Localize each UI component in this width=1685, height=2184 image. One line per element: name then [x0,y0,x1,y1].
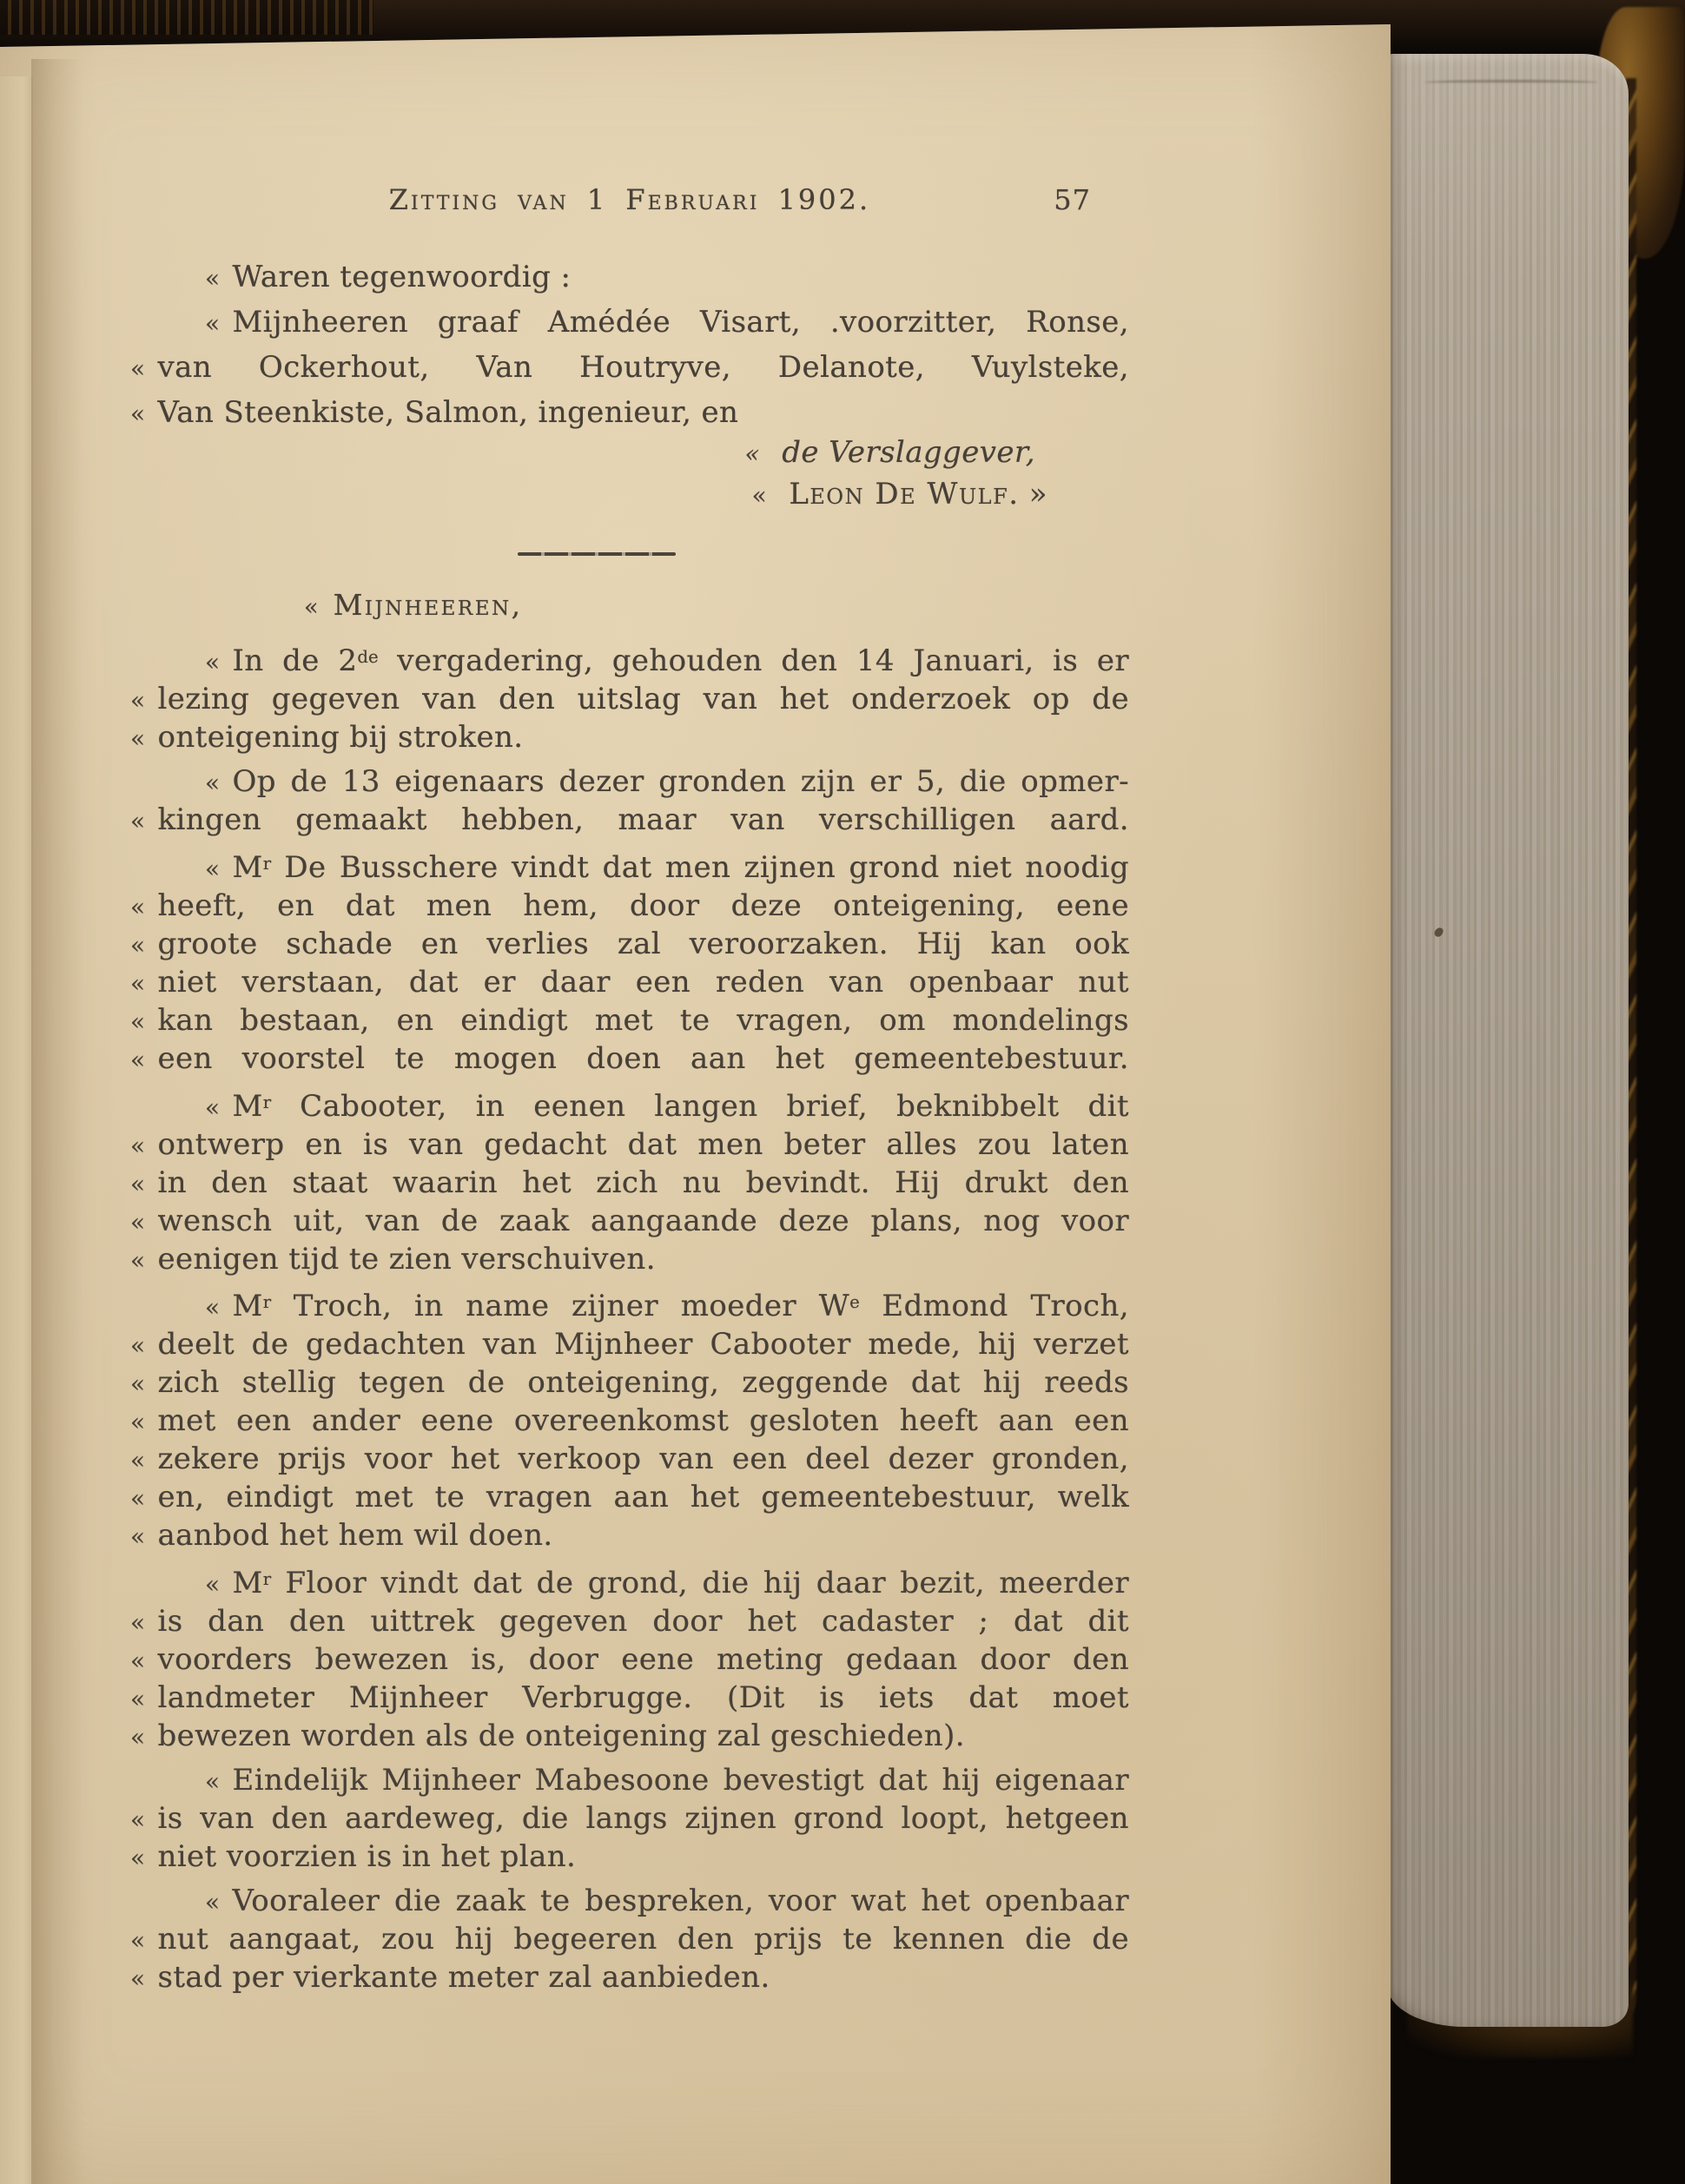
minutes-body-text: «In de 2de vergadering, gehouden den 14 … [130,639,1129,1997]
line-text: nut aangaat, zou hij begeeren den prijs … [157,1922,1129,1956]
line-text: Waren tegenwoordig : [232,260,571,294]
line-text: Mr Troch, in name zijner moeder We Edmon… [232,1289,1129,1323]
quote-mark: « [205,309,220,338]
text-line: «een voorstel te mogen doen aan het geme… [130,1040,1129,1079]
text-line: «niet voorzien is in het plan. [130,1838,1129,1877]
line-text: Vooraleer die zaak te bespreken, voor wa… [232,1884,1129,1918]
line-text: niet voorzien is in het plan. [157,1839,576,1874]
quote-mark: « [130,1408,145,1436]
line-text: deelt de gedachten van Mijnheer Cabooter… [157,1327,1129,1362]
line-text: Mr Floor vindt dat de grond, die hij daa… [232,1566,1129,1600]
quote-mark: « [130,807,145,835]
page-number: 57 [1054,182,1091,217]
quote-mark: « [130,1723,145,1752]
text-line: «ontwerp en is van gedacht dat men beter… [130,1126,1129,1165]
quote-mark: « [205,1293,220,1322]
text-line: «Vooraleer die zaak te bespreken, voor w… [130,1883,1129,1921]
quote-mark: « [130,354,145,383]
line-text: ontwerp en is van gedacht dat men beter … [157,1127,1129,1162]
line-text: landmeter Mijnheer Verbrugge. (Dit is ie… [157,1680,1129,1715]
line-text: zich stellig tegen de onteigening, zegge… [157,1365,1129,1400]
line-text: met een ander eene overeenkomst gesloten… [157,1403,1129,1438]
line-text: kingen gemaakt hebben, maar van verschil… [157,802,1129,837]
text-line: «niet verstaan, dat er daar een reden va… [130,964,1129,1002]
quote-mark: « [130,1926,145,1955]
text-line: «landmeter Mijnheer Verbrugge. (Dit is i… [130,1679,1129,1718]
fore-edge-top-groove [1424,80,1598,85]
text-line: «kingen gemaakt hebben, maar van verschi… [130,802,1129,840]
quote-mark: « [130,1046,145,1074]
line-text: groote schade en verlies zal veroorzaken… [157,927,1129,961]
quote-mark: « [130,1805,145,1834]
line-text: stad per vierkante meter zal aanbieden. [157,1960,770,1995]
paragraph: «Op de 13 eigenaars dezer gronden zijn e… [130,763,1129,840]
header-title: Zitting van 1 Februari 1902. [389,183,870,216]
line-text: Op de 13 eigenaars dezer gronden zijn er… [232,764,1129,799]
quote-mark: « [205,1888,220,1917]
text-line: «eenigen tijd te zien verschuiven. [130,1241,1129,1279]
attendance-block: «Waren tegenwoordig :«Mijnheeren graaf A… [130,255,1129,436]
text-line: «Mr De Busschere vindt dat men zijnen gr… [130,846,1129,887]
line-text: Mr De Busschere vindt dat men zijnen gro… [232,850,1129,885]
quote-mark: « [752,481,767,510]
text-line: «Eindelijk Mijnheer Mabesoone bevestigt … [130,1762,1129,1800]
quote-mark: « [130,969,145,998]
line-text: kan bestaan, en eindigt met te vragen, o… [157,1003,1129,1038]
paragraph: «Mr Troch, in name zijner moeder We Edmo… [130,1285,1129,1556]
line-text: Mijnheeren graaf Amédée Visart, .voorzit… [232,305,1129,340]
line-text: voorders bewezen is, door eene meting ge… [157,1642,1129,1677]
text-line: «in den staat waarin het zich nu bevindt… [130,1165,1129,1203]
paragraph: «In de 2de vergadering, gehouden den 14 … [130,639,1129,757]
quote-mark: « [130,1170,145,1198]
text-line: «zekere prijs voor het verkoop van een d… [130,1441,1129,1479]
text-line: «In de 2de vergadering, gehouden den 14 … [130,639,1129,681]
quote-mark: « [745,439,760,468]
line-text: Van Steenkiste, Salmon, ingenieur, en [157,395,738,430]
page-gutter-shadow [31,59,83,2184]
text-line: «Op de 13 eigenaars dezer gronden zijn e… [130,763,1129,802]
quote-mark: « [130,1007,145,1036]
text-line: «Mijnheeren graaf Amédée Visart, .voorzi… [130,300,1129,346]
book-scan-photo: Zitting van 1 Februari 1902. 57 «Waren t… [0,0,1685,2184]
line-text: eenigen tijd te zien verschuiven. [157,1242,655,1277]
running-header: Zitting van 1 Februari 1902. 57 [130,182,1129,217]
closing-quote-mark: » [1029,477,1047,511]
text-line: «lezing gegeven van den uitslag van het … [130,681,1129,719]
text-line: «groote schade en verlies zal veroorzake… [130,926,1129,964]
text-line: «aanbod het hem wil doen. [130,1517,1129,1555]
line-text: aanbod het hem wil doen. [157,1518,552,1553]
signature-role-text: de Verslaggever, [782,435,1035,470]
line-text: zekere prijs voor het verkoop van een de… [157,1442,1129,1476]
line-text: en, eindigt met te vragen aan het gemeen… [157,1480,1129,1514]
quote-mark: « [130,1484,145,1513]
text-line: «met een ander eene overeenkomst geslote… [130,1402,1129,1441]
quote-mark: « [130,1964,145,1993]
quote-mark: « [130,1646,145,1675]
quote-mark: « [205,854,220,883]
quote-mark: « [130,1132,145,1160]
line-text: Mr Cabooter, in eenen langen brief, bekn… [232,1089,1129,1124]
quote-mark: « [130,1208,145,1237]
text-line: «wensch uit, van de zaak aangaande deze … [130,1203,1129,1241]
signature-name-text: Leon De Wulf. [789,477,1019,511]
closed-pages-fore-edge [1387,54,1629,2027]
text-line: «onteigening bij stroken. [130,719,1129,757]
text-line: «Mr Floor vindt dat de grond, die hij da… [130,1561,1129,1603]
paragraph: «Mr Cabooter, in eenen langen brief, bek… [130,1085,1129,1279]
text-line: «kan bestaan, en eindigt met te vragen, … [130,1002,1129,1040]
quote-mark: « [205,264,220,293]
adjacent-page-edge [0,76,33,2184]
quote-mark: « [130,1246,145,1275]
salutation-text: Mijnheeren, [334,588,523,622]
quote-mark: « [205,648,220,676]
quote-mark: « [130,1446,145,1475]
text-line: «heeft, en dat men hem, door deze onteig… [130,887,1129,926]
text-line: «en, eindigt met te vragen aan het gemee… [130,1479,1129,1517]
text-line: «deelt de gedachten van Mijnheer Caboote… [130,1326,1129,1364]
text-line: «stad per vierkante meter zal aanbieden. [130,1959,1129,1997]
quote-mark: « [130,1331,145,1360]
paragraph: «Mr Floor vindt dat de grond, die hij da… [130,1561,1129,1756]
line-text: bewezen worden als de onteigening zal ge… [157,1719,965,1753]
quote-mark: « [205,1093,220,1122]
quote-mark: « [205,769,220,797]
paragraph: «Vooraleer die zaak te bespreken, voor w… [130,1883,1129,1997]
text-line: «Waren tegenwoordig : [130,255,1129,300]
paragraph: «Eindelijk Mijnheer Mabesoone bevestigt … [130,1762,1129,1877]
line-text: onteigening bij stroken. [157,720,523,755]
text-line: «bewezen worden als de onteigening zal g… [130,1718,1129,1756]
line-text: in den staat waarin het zich nu bevindt.… [157,1165,1129,1200]
signature-name-line: « Leon De Wulf. » [130,474,1047,516]
text-line: «van Ockerhout, Van Houtryve, Delanote, … [130,346,1129,391]
book-page: Zitting van 1 Februari 1902. 57 «Waren t… [0,24,1391,2184]
quote-mark: « [130,724,145,753]
line-text: heeft, en dat men hem, door deze onteige… [157,888,1129,923]
line-text: Eindelijk Mijnheer Mabesoone bevestigt d… [232,1763,1129,1798]
paragraph: «Mr De Busschere vindt dat men zijnen gr… [130,846,1129,1079]
signature-block: « de Verslaggever, « Leon De Wulf. » [130,432,1047,516]
line-text: In de 2de vergadering, gehouden den 14 J… [232,643,1129,678]
line-text: is dan den uittrek gegeven door het cada… [157,1604,1129,1639]
text-line: «Van Steenkiste, Salmon, ingenieur, en [130,391,1129,436]
signature-role-line: « de Verslaggever, [130,432,1047,474]
line-text: niet verstaan, dat er daar een reden van… [157,965,1129,1000]
line-text: van Ockerhout, Van Houtryve, Delanote, V… [157,350,1129,385]
quote-mark: « [130,686,145,715]
quote-mark: « [205,1767,220,1796]
quote-mark: « [130,893,145,921]
quote-mark: « [304,594,320,621]
quote-mark: « [130,1844,145,1872]
quote-mark: « [130,399,145,428]
line-text: lezing gegeven van den uitslag van het o… [157,682,1129,716]
text-line: «voorders bewezen is, door eene meting g… [130,1641,1129,1679]
book-headband-texture [0,0,373,35]
quote-mark: « [130,1685,145,1713]
salutation-line: «Mijnheeren, [304,587,523,626]
quote-mark: « [130,1608,145,1637]
text-line: «zich stellig tegen de onteigening, zegg… [130,1364,1129,1402]
text-line: «Mr Troch, in name zijner moeder We Edmo… [130,1285,1129,1327]
text-line: «is dan den uittrek gegeven door het cad… [130,1603,1129,1641]
text-line: «is van den aardeweg, die langs zijnen g… [130,1800,1129,1838]
quote-mark: « [130,931,145,960]
text-line: «Mr Cabooter, in eenen langen brief, bek… [130,1085,1129,1126]
quote-mark: « [130,1522,145,1551]
quote-mark: « [205,1570,220,1599]
text-line: «nut aangaat, zou hij begeeren den prijs… [130,1921,1129,1959]
line-text: is van den aardeweg, die langs zijnen gr… [157,1801,1129,1836]
line-text: een voorstel te mogen doen aan het gemee… [157,1041,1129,1076]
section-divider-rule [518,552,676,556]
quote-mark: « [130,1369,145,1398]
line-text: wensch uit, van de zaak aangaande deze p… [157,1204,1129,1238]
